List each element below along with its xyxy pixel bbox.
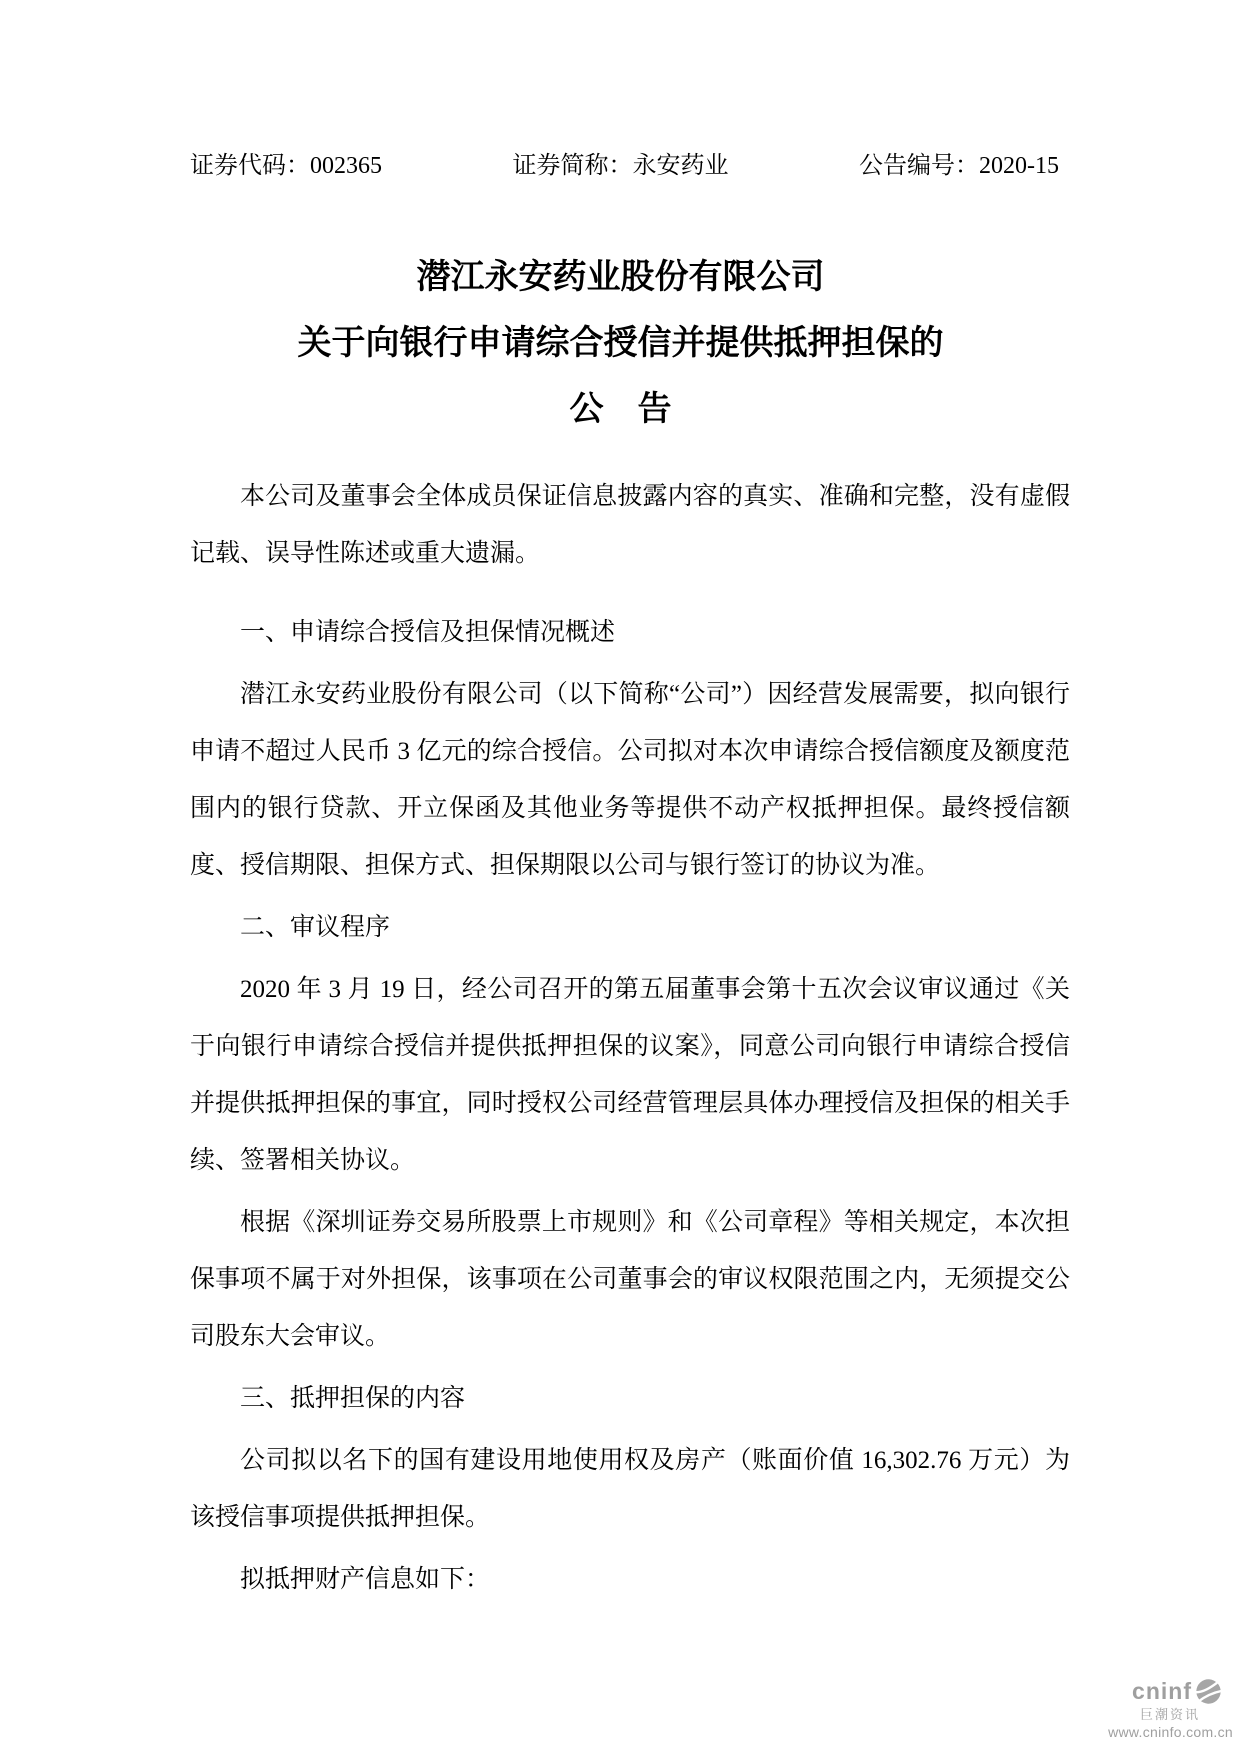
document-body: 本公司及董事会全体成员保证信息披露内容的真实、准确和完整，没有虚假记载、误导性陈… [190, 468, 1070, 1613]
paragraph-collateral-value: 公司拟以名下的国有建设用地使用权及房产（账面价值 16,302.76 万元）为该… [190, 1432, 1070, 1546]
cninfo-url: www.cninfo.com.cn [1108, 1725, 1233, 1739]
document-title: 潜江永安药业股份有限公司 关于向银行申请综合授信并提供抵押担保的 公 告 [0, 244, 1241, 442]
paragraph-board-approval: 2020 年 3 月 19 日，经公司召开的第五届董事会第十五次会议审议通过《关… [190, 961, 1070, 1189]
section-heading-1: 一、申请综合授信及担保情况概述 [190, 604, 1070, 661]
cninfo-watermark: cninf 巨潮资讯 www.cninfo.com.cn [1108, 1678, 1233, 1739]
stock-code: 证券代码：002365 [190, 148, 382, 184]
paragraph-collateral-info-lead: 拟抵押财产信息如下： [190, 1551, 1070, 1608]
paragraph-rules-basis: 根据《深圳证券交易所股票上市规则》和《公司章程》等相关规定，本次担保事项不属于对… [190, 1194, 1070, 1365]
title-doc-type: 公 告 [0, 376, 1241, 442]
announcement-number: 公告编号：2020-15 [859, 148, 1059, 184]
section-heading-3: 三、抵押担保的内容 [190, 1370, 1070, 1427]
stock-abbr: 证券简称：永安药业 [513, 148, 729, 184]
paragraph-credit-overview: 潜江永安药业股份有限公司（以下简称“公司”）因经营发展需要，拟向银行申请不超过人… [190, 666, 1070, 894]
cninfo-globe-icon [1195, 1678, 1222, 1705]
cninfo-brand-row: cninf [1108, 1678, 1222, 1705]
title-subject: 关于向银行申请综合授信并提供抵押担保的 [0, 310, 1241, 376]
document-page: 证券代码：002365 证券简称：永安药业 公告编号：2020-15 潜江永安药… [0, 0, 1241, 1755]
section-heading-2: 二、审议程序 [190, 899, 1070, 956]
cninfo-brand-text: cninf [1132, 1680, 1192, 1703]
document-header: 证券代码：002365 证券简称：永安药业 公告编号：2020-15 [190, 148, 1059, 184]
title-company-name: 潜江永安药业股份有限公司 [0, 244, 1241, 310]
disclosure-notice-paragraph: 本公司及董事会全体成员保证信息披露内容的真实、准确和完整，没有虚假记载、误导性陈… [190, 468, 1070, 582]
cninfo-chinese-name: 巨潮资讯 [1108, 1708, 1200, 1721]
